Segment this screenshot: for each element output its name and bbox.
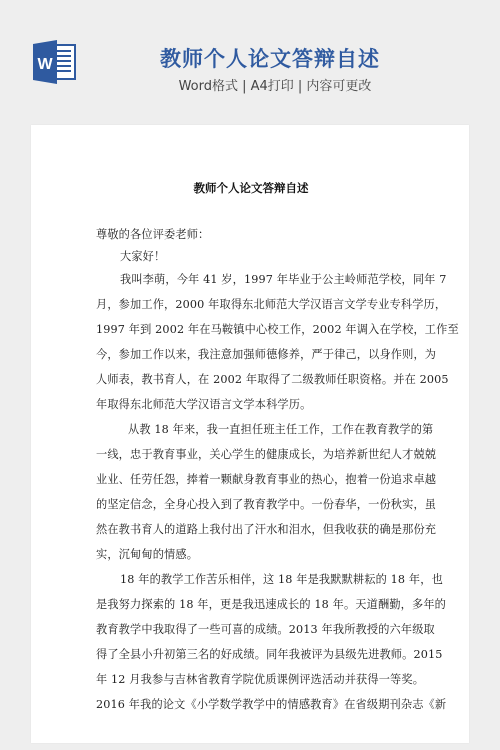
body-line: 得了全县小升初第三名的好成绩。同年我被评为县级先进教师。2015 bbox=[96, 647, 406, 663]
body-line: 今，参加工作以来，我注意加强师德修养，严于律己，以身作则，为 bbox=[96, 347, 406, 363]
svg-text:W: W bbox=[37, 56, 53, 73]
body-line: 18 年的教学工作苦乐相伴，这 18 年是我默默耕耘的 18 年，也 bbox=[96, 572, 406, 588]
body-line: 从教 18 年来，我一直担任班主任工作，工作在教育教学的第 bbox=[96, 422, 406, 438]
body-line: 1997 年到 2002 年在马鞍镇中心校工作，2002 年调入在学校，工作至 bbox=[96, 322, 406, 338]
body-line: 教育教学中我取得了一些可喜的成绩。2013 年我所教授的六年级取 bbox=[96, 622, 406, 638]
body-line: 然在教书育人的道路上我付出了汗水和泪水，但我收获的确是那份充 bbox=[96, 522, 406, 538]
document-page: 教师个人论文答辩自述 尊敬的各位评委老师： 大家好！ 我叫李萌，今年 41 岁，… bbox=[31, 125, 469, 743]
body-line: 月，参加工作，2000 年取得东北师范大学汉语言文学专业专科学历， bbox=[96, 297, 406, 313]
preview-header: W 教师个人论文答辩自述 Word格式 | A4打印 | 内容可更改 bbox=[0, 0, 500, 125]
salutation: 尊敬的各位评委老师： bbox=[96, 227, 406, 243]
word-document-icon: W bbox=[31, 40, 77, 84]
body-line: 业业、任劳任怨，捧着一颗献身教育事业的热心，抱着一份追求卓越 bbox=[96, 472, 406, 488]
body-line: 的坚定信念，全身心投入到了教育教学中。一份春华，一份秋实，虽 bbox=[96, 497, 406, 513]
body-line: 2016 年我的论文《小学数学教学中的情感教育》在省级期刊杂志《新 bbox=[96, 697, 406, 713]
page-title: 教师个人论文答辩自述 bbox=[160, 43, 380, 73]
body-line: 一线，忠于教育事业，关心学生的健康成长，为培养新世纪人才兢兢 bbox=[96, 447, 406, 463]
page-subtitle: Word格式 | A4打印 | 内容可更改 bbox=[170, 75, 380, 94]
body-line: 年取得东北师范大学汉语言文学本科学历。 bbox=[96, 397, 406, 413]
body-line: 实，沉甸甸的情感。 bbox=[96, 547, 406, 563]
body-line: 是我努力探索的 18 年，更是我迅速成长的 18 年。天道酬勤，多年的 bbox=[96, 597, 406, 613]
body-line: 年 12 月我参与吉林省教育学院优质课例评选活动并获得一等奖。 bbox=[96, 672, 406, 688]
body-line: 人师表，教书育人，在 2002 年取得了二级教师任职资格。并在 2005 bbox=[96, 372, 406, 388]
document-title: 教师个人论文答辩自述 bbox=[96, 180, 406, 196]
greeting: 大家好！ bbox=[96, 249, 406, 265]
body-line: 我叫李萌，今年 41 岁，1997 年毕业于公主岭师范学校，同年 7 bbox=[96, 272, 406, 288]
